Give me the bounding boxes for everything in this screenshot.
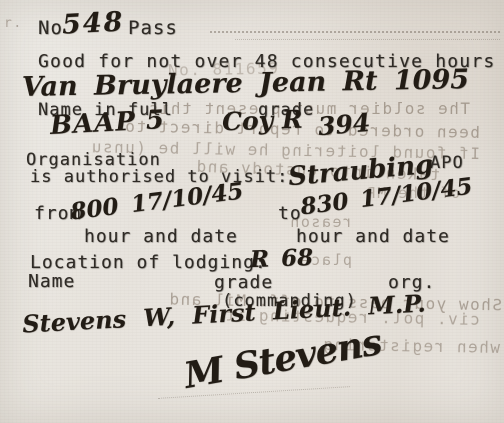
lodging-entry: R 68 — [250, 244, 314, 273]
lodging-label: Location of lodging: — [30, 252, 267, 273]
holder-name-entry: Van Bruylaere Jean Rt 1095 — [22, 64, 470, 103]
unit-number-entry: 394 — [317, 108, 372, 141]
bleedthrough-text: r. — [4, 16, 24, 31]
issuer-name-label: Name — [28, 271, 75, 292]
dotted-rule-top — [210, 31, 500, 33]
to-label: to — [278, 203, 302, 224]
hour-and-date-caption-right: hour and date — [296, 226, 450, 247]
unit-entry: BAAP 5 — [49, 105, 165, 141]
hour-and-date-caption-left: hour and date — [84, 226, 238, 247]
pass-title: Pass — [128, 17, 178, 39]
apo-label: APO — [430, 153, 464, 173]
issuer-grade-label: grade — [214, 272, 273, 293]
pass-number-label: No — [38, 17, 63, 39]
pass-number-value: 548 — [61, 6, 125, 40]
dotted-rule-top-2 — [235, 39, 500, 40]
pass-document: r.No. 811659The soldier must present thi… — [0, 0, 504, 423]
authorised-to-visit-label: is authorised to visit: — [30, 167, 288, 187]
signature: M Stevens — [181, 321, 384, 397]
company-entry: Coy R — [222, 105, 304, 137]
